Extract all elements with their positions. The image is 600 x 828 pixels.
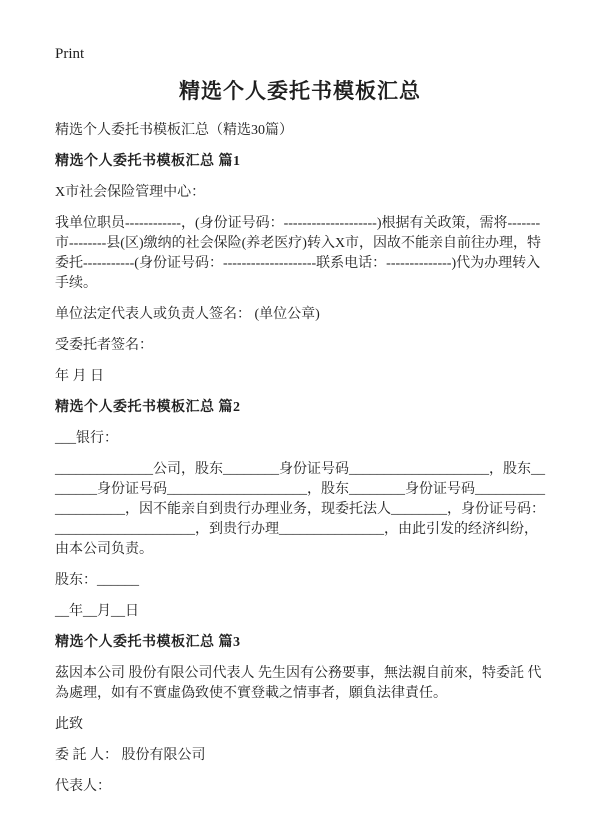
paragraph: 年 月 日 (55, 367, 545, 387)
paragraph: 委 託 人： 股份有限公司 (55, 746, 545, 766)
print-link[interactable]: Print (55, 44, 84, 64)
paragraph: 股东：______ (55, 571, 545, 591)
paragraph: ___银行： (55, 429, 545, 449)
paragraph: __年__月__日 (55, 602, 545, 622)
paragraph: 此致 (55, 715, 545, 735)
document-page: Print 精选个人委托书模板汇总 精选个人委托书模板汇总（精选30篇） 精选个… (0, 0, 600, 828)
section-3: 精选个人委托书模板汇总 篇3 茲因本公司 股份有限公司代表人 先生因有公務要事，… (55, 633, 545, 797)
section-heading: 精选个人委托书模板汇总 篇2 (55, 398, 545, 418)
paragraph: ______________公司，股东________身份证号码________… (55, 460, 545, 560)
section-heading: 精选个人委托书模板汇总 篇3 (55, 633, 545, 653)
paragraph: 受委托者签名： (55, 336, 545, 356)
paragraph: 单位法定代表人或负责人签名： (单位公章) (55, 305, 545, 325)
document-subtitle: 精选个人委托书模板汇总（精选30篇） (55, 121, 545, 141)
document-title: 精选个人委托书模板汇总 (55, 78, 545, 104)
section-heading: 精选个人委托书模板汇总 篇1 (55, 152, 545, 172)
paragraph: 茲因本公司 股份有限公司代表人 先生因有公務要事，無法親自前來，特委託 代為處理… (55, 664, 545, 704)
section-1: 精选个人委托书模板汇总 篇1 X市社会保险管理中心： 我单位职员--------… (55, 152, 545, 387)
paragraph: 我单位职员------------，(身份证号码：---------------… (55, 214, 545, 294)
section-2: 精选个人委托书模板汇总 篇2 ___银行： ______________公司，股… (55, 398, 545, 622)
paragraph: X市社会保险管理中心： (55, 183, 545, 203)
paragraph: 代表人： (55, 777, 545, 797)
